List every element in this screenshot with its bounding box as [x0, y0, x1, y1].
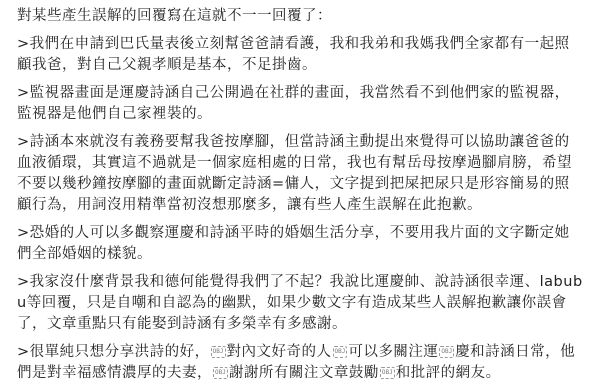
post-title: 對某些產生誤解的回覆寫在這就不一一回覆了： [17, 6, 583, 27]
object-replacement-glyph: OBJ [380, 367, 395, 379]
paragraph: >我家沒什麼背景我和德何能覺得我們了不起？我說比運慶帥、說詩涵很幸運、labub… [17, 272, 583, 335]
paragraph: >詩涵本來就沒有義務要幫我爸按摩腳，但當詩涵主動提出來覺得可以協助讓爸爸的血液循… [17, 132, 583, 216]
paragraph: >很單純只想分享洪詩的好，OBJ對內文好奇的人OBJ可以多關注運OBJ慶和詩涵日… [17, 342, 583, 384]
object-replacement-glyph: OBJ [333, 346, 348, 358]
paragraph: >我們在申請到巴氏量表後立刻幫爸爸請看護，我和我弟和我媽我們全家都有一起照顧我爸… [17, 34, 583, 76]
object-replacement-glyph: OBJ [213, 367, 228, 379]
object-replacement-glyph: OBJ [211, 346, 226, 358]
post-body: >我們在申請到巴氏量表後立刻幫爸爸請看護，我和我弟和我媽我們全家都有一起照顧我爸… [17, 34, 583, 384]
document-page: 對某些產生誤解的回覆寫在這就不一一回覆了： >我們在申請到巴氏量表後立刻幫爸爸請… [0, 0, 600, 391]
paragraph: >恐婚的人可以多觀察運慶和詩涵平時的婚姻生活分享，不要用我片面的文字斷定她們全部… [17, 223, 583, 265]
object-replacement-glyph: OBJ [439, 346, 454, 358]
paragraph: >監視器畫面是運慶詩涵自己公開過在社群的畫面，我當然看不到他們家的監視器，監視器… [17, 83, 583, 125]
